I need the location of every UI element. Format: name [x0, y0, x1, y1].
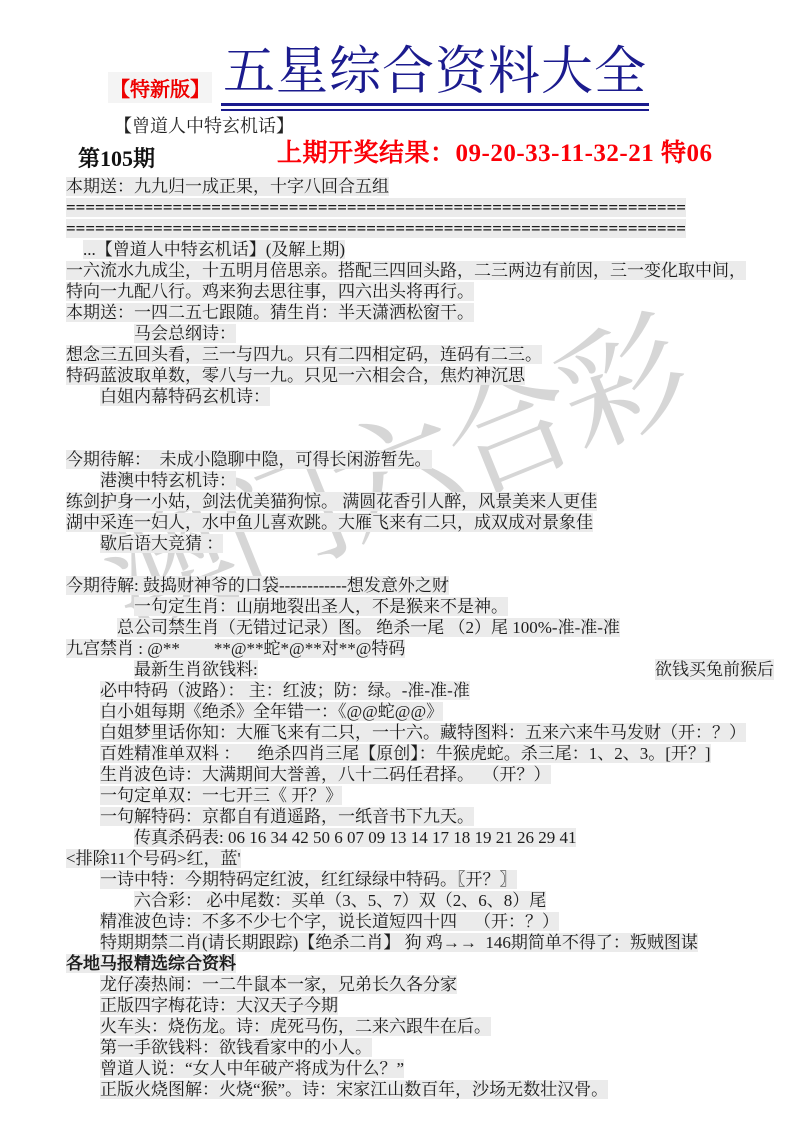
text-line: 一六流水九成尘，十五明月倍思亲。搭配三四回头路，二三两边有前因，三一变化取中间， [66, 260, 788, 281]
text-line-content: 火车头：烧伤龙。诗：虎死马伤，二来六跟牛在后。 [100, 1017, 491, 1036]
text-line: 正版四字梅花诗：大汉天子今期 [66, 995, 788, 1016]
text-line: 必中特码（波路）： 主：红波；防：绿。-准-准-准 [66, 680, 788, 701]
body-lines: 本期送：九九归一成正果，十字八回合五组=====================… [66, 176, 788, 1100]
text-line: 本期送：九九归一成正果，十字八回合五组 [66, 176, 788, 197]
last-draw-result: 上期开奖结果：09-20-33-11-32-21 特06 [277, 133, 713, 169]
text-line-content: 今期待解： 未成小隐聊中隐，可得长闲游暂先。 [66, 450, 432, 469]
text-line-content: 本期送：九九归一成正果，十字八回合五组 [66, 177, 389, 196]
text-line: 最新生肖欲钱料:欲钱买兔前猴后 [66, 659, 788, 680]
text-line: 特期期禁二肖(请长期跟踪)【绝杀二肖】 狗 鸡→→ 146期简单不得了：叛贼图谋 [66, 932, 788, 953]
text-line [66, 428, 788, 449]
text-line-content: 白小姐每期《绝杀》全年错一：《@@蛇@@》 [100, 702, 443, 721]
text-line: 各地马报精选综合资料 [66, 953, 788, 974]
text-line: 龙仔凑热闹：一二牛鼠本一家，兄弟长久各分家 [66, 974, 788, 995]
text-line: 特码蓝波取单数，零八与一九。只见一六相会合，焦灼神沉思 [66, 365, 788, 386]
text-line: 今期待解： 未成小隐聊中隐，可得长闲游暂先。 [66, 449, 788, 470]
text-line: 六合彩： 必中尾数：买单（3、5、7）双（2、6、8）尾 [66, 890, 788, 911]
text-line-content: 六合彩： 必中尾数：买单（3、5、7）双（2、6、8）尾 [134, 891, 546, 910]
page-title: 五星综合资料大全 [223, 44, 647, 102]
text-line-content: 特向一九配八行。鸡来狗去思往事，四六出头将再行。 [66, 282, 474, 301]
text-line: 白小姐每期《绝杀》全年错一：《@@蛇@@》 [66, 701, 788, 722]
text-line-content: 一句解特码：京都自有逍遥路，一纸音书下九天。 [100, 807, 474, 826]
text-line-content: 一六流水九成尘，十五明月倍思亲。搭配三四回头路，二三两边有前因，三一变化取中间， [66, 261, 746, 280]
text-line: 第一手欲钱料：欲钱看家中的小人。 [66, 1037, 788, 1058]
text-line-content: ========================================… [66, 219, 686, 238]
text-line: 白姐内幕特码玄机诗： [66, 386, 788, 407]
text-line: 练剑护身一小姑，剑法优美猫狗惊。 满圆花香引人醉，风景美来人更佳 [66, 491, 788, 512]
text-line: ...【曾道人中特玄机话】(及解上期) [66, 239, 788, 260]
text-line: 一句定生肖：山崩地裂出圣人，不是猴来不是神。 [66, 596, 788, 617]
text-line-content: 白姐内幕特码玄机诗： [100, 387, 270, 406]
text-line: <排除11个号码>红，蓝' [66, 848, 788, 869]
text-line [66, 554, 788, 575]
issue-number: 第105期 [78, 142, 155, 173]
text-line: 马会总纲诗： [66, 323, 788, 344]
text-line: 曾道人说：“女人中年破产将成为什么？” [66, 1058, 788, 1079]
text-line-content: 一诗中特：今期特码定红波，红红绿绿中特码。〖开？〗 [100, 870, 517, 889]
text-line-content: <排除11个号码>红，蓝' [66, 849, 241, 868]
text-line: 火车头：烧伤龙。诗：虎死马伤，二来六跟牛在后。 [66, 1016, 788, 1037]
text-line-content: 九宫禁肖 : @** **@**蛇*@**对**@特码 [66, 639, 405, 658]
text-line: 总公司禁生肖（无错过记录）图。 绝杀一尾 （2）尾 100%-准-准-准 [66, 617, 788, 638]
text-line: 精准波色诗：不多不少七个字，说长道短四十四 （开：？） [66, 911, 788, 932]
text-line-content: 特期期禁二肖(请长期跟踪)【绝杀二肖】 狗 鸡→→ 146期简单不得了：叛贼图谋 [100, 933, 698, 952]
text-line: 一句定单双：一七开三《 开？》 [66, 785, 788, 806]
text-line-content: 港澳中特玄机诗： [100, 471, 236, 490]
text-line: 白姐梦里话你知：大雁飞来有二只，一十六。藏特图料：五来六来牛马发财（开：？） [66, 722, 788, 743]
text-line: 一句解特码：京都自有逍遥路，一纸音书下九天。 [66, 806, 788, 827]
title-underline [221, 103, 649, 106]
text-line: 百姓精准单双料 ： 绝杀四肖三尾【原创】：牛猴虎蛇。杀三尾：1、2、3。[开？] [66, 743, 788, 764]
text-line: 想念三五回头看，三一与四九。只有二四相定码，连码有二三。 [66, 344, 788, 365]
text-line-content: 精准波色诗：不多不少七个字，说长道短四十四 （开：？） [100, 912, 559, 931]
text-line-content: 本期送：一四二五七跟随。猜生肖：半天潇洒松窗干。 [66, 303, 474, 322]
text-line-content: 特码蓝波取单数，零八与一九。只见一六相会合，焦灼神沉思 [66, 366, 525, 385]
text-line-content: 必中特码（波路）： 主：红波；防：绿。-准-准-准 [100, 681, 470, 700]
text-line: 正版火烧图解：火烧“猴”。诗：宋家江山数百年，沙场无数壮汉骨。 [66, 1079, 788, 1100]
page: 【特新版】 五星综合资料大全 【曾道人中特玄机话】 第105期 上期开奖结果：0… [0, 0, 793, 1122]
text-line-content: 白姐梦里话你知：大雁飞来有二只，一十六。藏特图料：五来六来牛马发财（开：？） [100, 723, 746, 742]
text-line-content: 马会总纲诗： [134, 324, 236, 343]
text-line: 一诗中特：今期特码定红波，红红绿绿中特码。〖开？〗 [66, 869, 788, 890]
text-line-content: 传真杀码表: 06 16 34 42 50 6 07 09 13 14 17 1… [134, 828, 576, 847]
subtitle: 【曾道人中特玄机话】 [114, 112, 294, 138]
text-line: 港澳中特玄机诗： [66, 470, 788, 491]
text-line: ========================================… [66, 197, 788, 218]
text-line: ========================================… [66, 218, 788, 239]
text-line-content: 一句定单双：一七开三《 开？》 [100, 786, 342, 805]
text-line-content: ...【曾道人中特玄机话】(及解上期) [83, 240, 345, 259]
text-line-content: 生肖波色诗：大满期间大誉善，八十二码任君择。 （开？） [100, 765, 551, 784]
text-line-content: 歇后语大竞猜 ： [100, 534, 223, 553]
text-line-content: 正版四字梅花诗：大汉天子今期 [100, 996, 338, 1015]
text-line: 生肖波色诗：大满期间大誉善，八十二码任君择。 （开？） [66, 764, 788, 785]
text-line: 今期待解: 鼓捣财神爷的口袋------------想发意外之财 [66, 575, 788, 596]
text-line-content: 想念三五回头看，三一与四九。只有二四相定码，连码有二三。 [66, 345, 542, 364]
text-line: 特向一九配八行。鸡来狗去思往事，四六出头将再行。 [66, 281, 788, 302]
text-line: 九宫禁肖 : @** **@**蛇*@**对**@特码 [66, 638, 788, 659]
text-line: 本期送：一四二五七跟随。猜生肖：半天潇洒松窗干。 [66, 302, 788, 323]
text-line-content: ========================================… [66, 198, 686, 217]
text-line: 歇后语大竞猜 ： [66, 533, 788, 554]
edition-badge: 【特新版】 [108, 72, 212, 103]
text-line-content: 一句定生肖：山崩地裂出圣人，不是猴来不是神。 [134, 597, 508, 616]
text-line-content: 总公司禁生肖（无错过记录）图。 绝杀一尾 （2）尾 100%-准-准-准 [117, 618, 620, 637]
text-line-content: 练剑护身一小姑，剑法优美猫狗惊。 满圆花香引人醉，风景美来人更佳 [66, 492, 597, 511]
text-line-content: 各地马报精选综合资料 [66, 954, 236, 973]
text-line [66, 407, 788, 428]
text-line: 传真杀码表: 06 16 34 42 50 6 07 09 13 14 17 1… [66, 827, 788, 848]
text-line-content: 正版火烧图解：火烧“猴”。诗：宋家江山数百年，沙场无数壮汉骨。 [100, 1080, 608, 1099]
text-line-content: 百姓精准单双料 ： 绝杀四肖三尾【原创】：牛猴虎蛇。杀三尾：1、2、3。[开？] [100, 744, 711, 763]
title-underline [221, 109, 649, 111]
text-line-content: 今期待解: 鼓捣财神爷的口袋------------想发意外之财 [66, 576, 449, 595]
text-line-content: 第一手欲钱料：欲钱看家中的小人。 [100, 1038, 372, 1057]
text-line-content: 曾道人说：“女人中年破产将成为什么？” [100, 1059, 404, 1078]
text-line-content: 最新生肖欲钱料: [134, 660, 258, 679]
text-line-content: 湖中采连一妇人，水中鱼儿喜欢跳。大雁飞来有二只，成双成对景象佳 [66, 513, 593, 532]
text-line-right-content: 欲钱买兔前猴后 [655, 659, 774, 680]
text-line-content: 龙仔凑热闹：一二牛鼠本一家，兄弟长久各分家 [100, 975, 457, 994]
text-line: 湖中采连一妇人，水中鱼儿喜欢跳。大雁飞来有二只，成双成对景象佳 [66, 512, 788, 533]
